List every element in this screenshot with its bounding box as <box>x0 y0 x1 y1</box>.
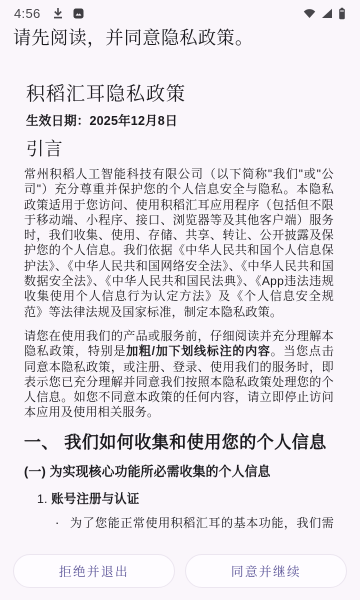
agree-and-continue-button[interactable]: 同意并继续 <box>185 554 347 588</box>
item-number: 1. <box>37 492 48 506</box>
wifi-icon <box>303 8 316 19</box>
policy-title: 积稻汇耳隐私政策 <box>26 82 334 107</box>
bullet-dot: · <box>55 515 60 530</box>
cellular-signal-icon <box>321 8 333 19</box>
footer-actions: 拒绝并退出 同意并继续 <box>13 554 347 588</box>
read-and-agree-prompt: 请先阅读，并同意隐私政策。 <box>13 27 350 50</box>
effective-date: 生效日期：2025年12月8日 <box>26 114 334 129</box>
bullet-text: 为了您能正常使用积稻汇耳的基本功能，我们需要收集您主动提供的 <box>70 516 334 531</box>
status-bar-left-icons <box>52 7 84 19</box>
reject-and-exit-button[interactable]: 拒绝并退出 <box>13 554 175 588</box>
intro-paragraph-1: 常州积稻人工智能科技有限公司（以下简称"我们"或"公司"）充分尊重并保护您的个人… <box>24 167 334 320</box>
download-icon <box>52 7 64 19</box>
numbered-item-1: 1. 账号注册与认证 <box>37 492 334 507</box>
policy-scroll-area[interactable]: 积稻汇耳隐私政策 生效日期：2025年12月8日 引言 常州积稻人工智能科技有限… <box>0 75 360 531</box>
status-bar-right-icons <box>303 7 346 20</box>
battery-icon <box>338 7 346 20</box>
intro-heading: 引言 <box>26 138 334 160</box>
intro-paragraph-2: 请您在使用我们的产品或服务前，仔细阅读并充分理解本隐私政策，特别是加粗/加下划线… <box>24 329 334 421</box>
privacy-policy-screen: 4:56 <box>0 0 360 600</box>
notification-app-icon <box>73 8 84 19</box>
section1-heading: 一、 我们如何收集和使用您的个人信息 <box>24 432 334 454</box>
bullet-item-1: ·为了您能正常使用积稻汇耳的基本功能，我们需要收集您主动提供的手机号码、昵称、邮… <box>24 516 334 531</box>
status-bar: 4:56 <box>0 0 360 24</box>
clock: 4:56 <box>14 6 41 21</box>
paragraph-text: 常州积稻人工智能科技有限公司（以下简称"我们"或"公司"）充分尊重并保护您的个人… <box>24 167 334 319</box>
bold-notice-text: 加粗/加下划线标注的内容 <box>126 344 271 358</box>
section1-subheading: (一) 为实现核心功能所必需收集的个人信息 <box>24 464 334 480</box>
item-title: 账号注册与认证 <box>51 492 139 506</box>
